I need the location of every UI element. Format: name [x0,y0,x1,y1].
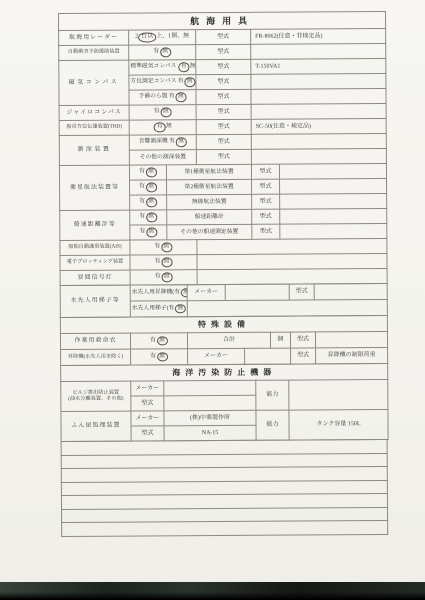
arpa-options: 有無 [129,45,196,60]
no-option-circled: 無 [157,352,168,361]
pilot-hoist-maker-value [225,284,289,300]
other-sounder-label: その他の測深装置 [129,150,196,165]
bearing-compass-type-value [251,73,386,89]
radar-option-post: 上、1個、無 [156,33,189,39]
no-option-circled: 無 [175,93,186,102]
row-pilot-hoist: 水先人用梯子等 水先人用昇降機(有無) メーカー 型式 [60,283,387,301]
no-option-circled: 無 [161,273,172,282]
type-label: 型式 [290,332,315,348]
satnav1-type-value [279,163,386,179]
no-option-circled: 無 [160,108,171,117]
speedlog-type-value [280,208,387,224]
yes-option: 有 [154,244,160,250]
lift-options: 有無 [131,349,188,365]
type-label: 型式 [196,74,251,89]
radionav-type-value [280,193,387,209]
capacity-label: 能力 [256,380,289,410]
speedlog-sub-label: 船速距離計 [167,209,252,225]
sewage-maker-value: (株)中栗製作所 [164,410,256,426]
maker-label: メーカー [131,381,164,396]
plotting-label: 電子プロッティング装置 [60,255,130,270]
type-label: 型式 [251,164,279,179]
scan-edge-dark-band [0,582,425,600]
yes-option: 有 [153,49,159,55]
type-label: 型式 [131,426,164,441]
section-title-navigation: 航海用具 [59,11,386,30]
yes-option: 有 [139,214,145,220]
ais-label: 船舶自動識別装置(AIS) [60,240,130,255]
arpa-label: 自動衝突予防援助装置 [59,45,129,60]
pilot-ladder-label: 水先人用梯子(有 [132,305,175,311]
radar-type-value: FR-8062(任意・非検定品) [251,28,386,44]
yes-option: 有 [178,79,184,85]
yes-option: 有 [150,337,156,343]
gyro-label: ジャイロコンパス [59,105,129,120]
no-option-circled: 無 [146,228,157,237]
lifejacket-total-label: 合計 [187,332,270,349]
yes-option: 有 [139,169,145,175]
no-option-circled: 無 [146,183,157,192]
radar-option-circled: 台以 [139,33,156,42]
lifejacket-unit-label: 個 [270,332,290,348]
thd-type-value: SC-50(任意・検定品) [251,118,386,134]
yes-option: 有 [169,139,175,145]
echo-sounder-type-value [251,133,386,149]
ais-options: 有無 [130,240,197,255]
yes-option: 有 [154,109,160,115]
ais-value [197,238,387,254]
lifejacket-type-value [315,331,387,347]
spare-compass-type-value [251,88,386,104]
arpa-type-value [251,43,386,59]
satnav2-type-value [280,178,387,194]
type-label: 型式 [196,59,251,74]
type-label: 型式 [291,348,316,364]
no-option-circled: 無 [184,78,195,87]
type-label: 型式 [252,179,280,194]
empty-rows-table [61,439,389,536]
gyro-type-value [251,103,386,119]
pilot-ladder-value [187,299,387,316]
bearing-compass-cell: 方位測定コンパス 有無 [129,75,196,90]
row-sewage-maker: ふん尿処理装置 メーカー (株)中栗製作所 能力 タンク容量 150L [61,409,388,426]
spare-compass-label: 予備のら盤 [138,94,167,100]
echo-sounder-cell: 音響測深機 有無 [129,135,196,150]
no-option: 無 [190,64,196,70]
no-option-circled: 無 [161,243,172,252]
type-label: 型式 [131,396,164,411]
yes-option: 有 [150,353,156,359]
radar-options: 2台以上、1個、無 [129,30,196,45]
bilge-maker-value [164,380,256,396]
radionav-options: 有無 [130,195,167,210]
bilge-label-line2: (油水分離装置、その他) [62,396,129,402]
yes-option-circled: 有 [154,123,165,132]
type-label: 型式 [289,284,314,300]
no-option-circled: 無 [146,213,157,222]
empty-cell [62,520,388,535]
no-option-circled: 無 [146,198,157,207]
yes-option: 有 [139,184,145,190]
radar-label: 航海用レーダー [59,30,129,45]
row-work-lifejacket: 作業用救命衣 有無 合計 個 型式 [60,331,387,349]
pilot-hoist-type-value [314,283,387,299]
section-title-pollution: 海洋汚染防止機器 [61,363,388,381]
other-speed-options: 有無 [130,225,167,240]
gyro-options: 有無 [129,105,196,120]
yes-option: 有 [169,94,175,100]
satnav2-options: 有無 [130,180,167,195]
yes-option: 有 [139,199,145,205]
pilot-ladder-cell: 水先人用梯子(有無) [130,301,187,317]
type-label: 型式 [196,119,251,134]
no-option-circled: 無 [175,304,186,313]
standard-compass-label: 標準磁気コンパス [130,64,176,70]
yes-option: 有 [139,229,145,235]
standard-compass-cell: 標準磁気コンパス 有無 [129,60,196,75]
lifejacket-options: 有無 [130,333,187,349]
scanned-document: 航海用具 航海用レーダー 2台以上、1個、無 型式 FR-8062(任意・非検定… [58,11,388,536]
pollution-prevention-table: 海洋汚染防止機器 ビルジ排出防止装置(油水分離装置、その他) メーカー 能力 型… [60,363,389,442]
echo-sounder-label: 音響測深機 [139,139,168,145]
type-label: 型式 [252,209,280,224]
radionav-label: 無線航法装置 [167,194,252,210]
section-title-special: 特殊設備 [60,315,387,333]
empty-row [62,520,388,535]
other-sounder-type-value [251,148,386,164]
yes-option: 有 [154,259,160,265]
other-speed-type-value [280,223,387,239]
maker-label: メーカー [187,284,225,300]
capacity-label: 能力 [256,410,289,440]
yes-option: 有 [155,274,161,280]
navigation-equipment-table: 航海用具 航海用レーダー 2台以上、1個、無 型式 FR-8062(任意・非検定… [58,11,388,286]
satnav-label: 衛星航法装置等 [59,165,129,210]
magnetic-compass-label: 磁気コンパス [59,60,129,105]
plotting-value [197,253,387,269]
lift-label: 昇降機(水先人用を除く) [61,349,131,365]
no-option-circled: 無 [156,336,167,345]
type-label: 型式 [196,29,251,44]
maker-label: メーカー [131,411,164,426]
type-label: 型式 [196,149,251,164]
pilot-hoist-cell: 水先人用昇降機(有無) [130,285,187,301]
pilot-hoist-label: 水先人用昇降機(有 [132,289,180,295]
spare-compass-cell: 予備のら盤 有無 [129,90,196,105]
thd-label: 船首方位伝達装置(THD) [59,120,129,135]
thd-options: 有無 [129,120,196,135]
no-option-circled: 無 [180,288,187,297]
sounding-label: 測深装置 [59,135,129,165]
type-label: 型式 [196,104,251,119]
pilot-ladder-group-label: 水先人用梯子等 [60,285,130,317]
type-label: 型式 [252,194,280,209]
scanned-form-page: { "common": { "yes": "有", "no": "無", "ty… [0,0,425,600]
yes-option-circled: 有 [178,63,189,72]
lift-maker-value [245,348,291,364]
row-bilge-maker: ビルジ排出防止装置(油水分離装置、その他) メーカー 能力 [61,379,388,396]
maker-label: メーカー [188,348,245,364]
sewage-type-value: NA-15 [164,425,256,441]
satnav1-options: 有無 [129,165,166,180]
other-speed-label: その他の船速測定装置 [167,224,252,240]
bilge-type-value [164,395,256,411]
type-label: 型式 [196,44,251,59]
speedlog-options: 有無 [130,210,167,225]
bilge-label: ビルジ排出防止装置(油水分離装置、その他) [61,381,131,411]
type-label: 型式 [196,89,251,104]
lift-load-label: 昇降機の制限荷重 [316,347,388,363]
lifejacket-label: 作業用救命衣 [60,333,130,349]
sewage-label: ふん尿処理装置 [61,411,131,441]
type-label: 型式 [196,134,251,149]
plotting-options: 有無 [130,255,197,270]
no-option-circled: 無 [145,168,156,177]
daylight-options: 有無 [130,270,197,285]
satnav2-label: 第2種衛星航法装置 [167,179,252,195]
no-option-circled: 無 [161,258,172,267]
satnav1-label: 第1種衛星航法装置 [166,164,251,180]
no-option-circled: 無 [160,48,171,57]
bearing-compass-label: 方位測定コンパス [130,79,176,85]
standard-compass-type-value: T-150VA1 [251,58,386,74]
no-option-circled: 無 [175,138,186,147]
sewage-capacity-value: タンク容量 150L [289,409,388,440]
speedlog-label: 船速距離計等 [60,210,130,240]
special-equipment-table: 特殊設備 作業用救命衣 有無 合計 個 型式 昇降機(水先人用を除く) 有無 メ… [60,315,388,366]
type-label: 型式 [252,224,280,239]
bilge-capacity-value [289,379,388,410]
daylight-label: 昼間信号灯 [60,270,130,285]
pilot-ladder-table: 水先人用梯子等 水先人用昇降機(有無) メーカー 型式 水先人用梯子(有無) [60,283,388,318]
no-option: 無 [166,124,172,130]
